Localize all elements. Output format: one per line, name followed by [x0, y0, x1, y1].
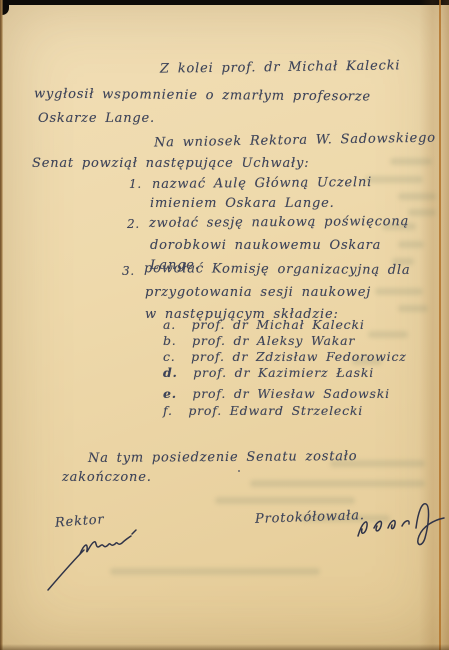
- committee-member-a-letter: a.: [163, 317, 176, 332]
- bleed-through-mark: [408, 209, 436, 216]
- scanned-page: Z kolei prof. dr Michał Kalecki wygłosił…: [0, 0, 449, 650]
- committee-member-a: a. prof. dr Michał Kalecki: [163, 317, 365, 332]
- closing-line-2: zakończone.: [62, 470, 152, 485]
- page-bottom-shadow: [0, 644, 449, 650]
- motion-line-2: Senat powziął następujące Uchwały:: [32, 156, 309, 171]
- resolution-1-line-1: nazwać Aulę Główną Uczelni: [152, 175, 372, 192]
- committee-member-c: c. prof. dr Zdzisław Fedorowicz: [163, 349, 407, 364]
- bleed-through-mark: [365, 176, 423, 183]
- committee-member-f-letter: f.: [163, 403, 173, 418]
- committee-member-f-name: prof. Edward Strzelecki: [188, 403, 363, 418]
- closing-line-1: Na tym posiedzenie Senatu zostało: [88, 449, 358, 466]
- page-left-edge: [0, 0, 3, 650]
- scan-top-edge: [0, 0, 449, 5]
- resolution-2-line-2: dorobkowi naukowemu Oskara: [150, 238, 381, 253]
- bleed-through-mark: [398, 193, 436, 200]
- committee-member-c-name: prof. dr Zdzisław Fedorowicz: [191, 349, 407, 364]
- bleed-through-mark: [215, 497, 355, 504]
- committee-member-d-letter: d.: [163, 365, 178, 380]
- committee-member-d-name: prof. dr Kazimierz Łaski: [193, 365, 374, 380]
- protokolowala-label: Protokółowała.: [255, 508, 365, 527]
- rektor-signature: [42, 528, 142, 593]
- resolution-2-number: 2.: [127, 217, 140, 231]
- resolution-3-line-2: przygotowania sesji naukowej: [145, 285, 371, 300]
- resolution-3-line-1: powołać Komisję organizacyjną dla: [144, 261, 411, 278]
- motion-line-1: Na wniosek Rektora W. Sadowskiego: [154, 131, 436, 151]
- committee-member-d: d. prof. dr Kazimierz Łaski: [163, 365, 374, 380]
- ink-speck: [238, 470, 240, 472]
- intro-line-2: wygłosił wspomnienie o zmarłym profesorz…: [34, 87, 371, 105]
- protokolowala-signature: [352, 498, 447, 556]
- committee-member-a-name: prof. dr Michał Kalecki: [192, 317, 365, 332]
- committee-member-b: b. prof. dr Aleksy Wakar: [163, 333, 355, 348]
- committee-member-b-letter: b.: [163, 333, 177, 348]
- bleed-through-mark: [250, 480, 425, 487]
- resolution-2-line-1: zwołać sesję naukową poświęconą: [149, 214, 409, 231]
- committee-member-e-letter: e.: [163, 386, 177, 401]
- committee-member-b-name: prof. dr Aleksy Wakar: [192, 333, 355, 348]
- committee-member-e: e. prof. dr Wiesław Sadowski: [163, 386, 390, 401]
- bleed-through-mark: [398, 305, 428, 312]
- resolution-1-line-2: imieniem Oskara Lange.: [150, 196, 335, 211]
- bleed-through-mark: [390, 158, 432, 165]
- resolution-3-number: 3.: [122, 264, 135, 278]
- committee-member-e-name: prof. dr Wiesław Sadowski: [192, 386, 389, 401]
- bleed-through-mark: [398, 241, 424, 248]
- bleed-through-mark: [368, 331, 408, 338]
- committee-member-c-letter: c.: [163, 349, 176, 364]
- committee-member-f: f. prof. Edward Strzelecki: [163, 403, 363, 418]
- resolution-1-number: 1.: [129, 177, 142, 191]
- intro-line-1: Z kolei prof. dr Michał Kalecki: [160, 58, 400, 76]
- bleed-through-mark: [375, 288, 423, 295]
- intro-line-3: Oskarze Lange.: [38, 111, 155, 126]
